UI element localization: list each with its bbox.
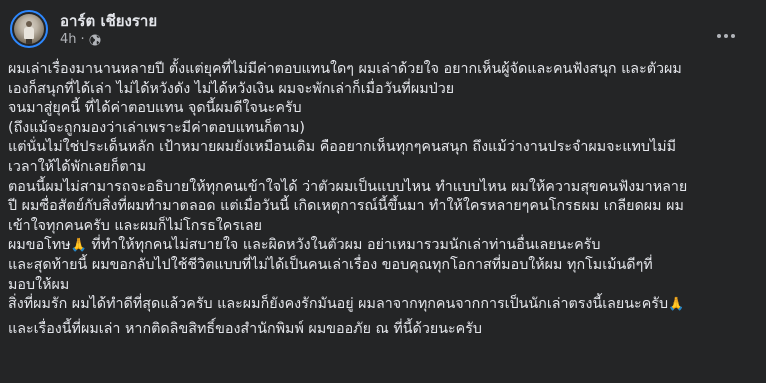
post-body: ผมเล่าเรื่องมานานหลายปี ตั้งแต่ยุคที่ไม่… (8, 60, 754, 339)
post-text-line: ผมเล่าเรื่องมานานหลายปี ตั้งแต่ยุคที่ไม่… (8, 60, 754, 80)
post-meta: 4h · (60, 32, 157, 48)
author-name[interactable]: อาร์ต เชียงราย (60, 11, 157, 31)
author-avatar[interactable] (10, 10, 48, 48)
profile-photo-icon (14, 14, 44, 44)
apology-line: ผมขอโทษ🙏 ที่ทำให้ทุกคนไม่สบายใจ และผิดหว… (8, 236, 754, 256)
post-timestamp[interactable]: 4h (60, 32, 77, 48)
globe-icon[interactable] (89, 34, 101, 46)
post-text-line: แต่นั่นไม่ใช่ประเด็นหลัก เป้าหมายผมยังเห… (8, 138, 754, 158)
farewell-text: สิ่งที่ผมรัก ผมได้ทำดีที่สุดแล้วครับ และ… (8, 296, 668, 312)
post-text-line: เวลาให้ได้พักเลยก็ตาม (8, 158, 754, 178)
closing-line: และเรื่องนี้ที่ผมเล่า หากติดลิขสิทธิ์ของ… (8, 320, 754, 340)
post-text-line: ปี ผมซื่อสัตย์กับสิ่งที่ผมทำมาตลอด แต่เม… (8, 197, 754, 217)
post-text-line: เข้าใจทุกคนครับ และผมก็ไม่โกรธใครเลย (8, 217, 754, 237)
post-text-line: มอบให้ผม (8, 276, 754, 296)
farewell-line: สิ่งที่ผมรัก ผมได้ทำดีที่สุดแล้วครับ และ… (8, 295, 754, 315)
meta-separator: · (81, 32, 85, 48)
more-options-button[interactable] (708, 22, 744, 50)
praying-hands-icon: 🙏 (71, 236, 87, 256)
post-text-line: จนมาสู่ยุคนี้ ที่ได้ค่าตอบแทน จุดนี้ผมดี… (8, 99, 754, 119)
praying-hands-icon: 🙏 (668, 295, 684, 315)
apology-text-before: ผมขอโทษ (8, 237, 71, 253)
apology-text-after: ที่ทำให้ทุกคนไม่สบายใจ และผิดหวังในตัวผม… (87, 237, 601, 253)
post-text-line: เองก็สนุกที่ได้เล่า ไม่ได้หวังดัง ไม่ได้… (8, 80, 754, 100)
more-options-icon-dot (724, 34, 728, 38)
post-header-text: อาร์ต เชียงราย 4h · (60, 11, 157, 48)
post-header: อาร์ต เชียงราย 4h · (10, 8, 756, 50)
post-text-line: ตอนนี้ผมไม่สามารถจะอธิบายให้ทุกคนเข้าใจไ… (8, 178, 754, 198)
more-options-icon-dot (717, 34, 721, 38)
post-text-line: และสุดท้ายนี้ ผมขอกลับไปใช้ชีวิตแบบที่ไม… (8, 256, 754, 276)
more-options-icon-dot (731, 34, 735, 38)
post-text-line: (ถึงแม้จะถูกมองว่าเล่าเพราะมีค่าตอบแทนก็… (8, 119, 754, 139)
